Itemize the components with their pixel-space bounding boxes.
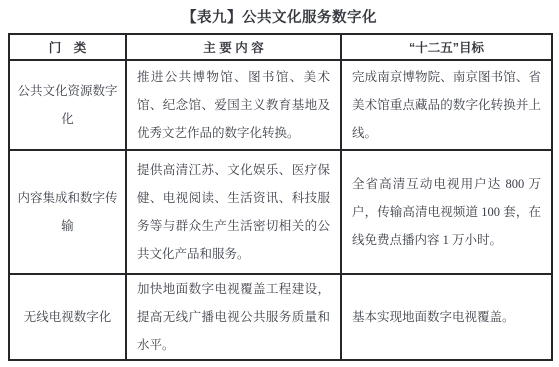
cell-content: 加快地面数字电视覆盖工程建设，提高无线广播电视公共服务质量和水平。 — [126, 274, 341, 360]
cell-target: 完成南京博物院、南京图书馆、省美术馆重点藏品的数字化转换并上线。 — [341, 60, 552, 150]
cell-category: 内容集成和数字传输 — [9, 150, 126, 274]
cell-target: 基本实现地面数字电视覆盖。 — [341, 274, 552, 360]
table-row: 公共文化资源数字化 推进公共博物馆、图书馆、美术馆、纪念馆、爱国主义教育基地及优… — [9, 60, 552, 150]
document-page: 【表九】公共文化服务数字化 门 类 主 要 内 容 “十二五”目标 公共文化资源… — [0, 0, 559, 367]
header-target: “十二五”目标 — [341, 34, 552, 60]
cell-category: 无线电视数字化 — [9, 274, 126, 360]
cell-target: 全省高清互动电视用户达 800 万户，传输高清电视频道 100 套，在线免费点播… — [341, 150, 552, 274]
cell-content: 推进公共博物馆、图书馆、美术馆、纪念馆、爱国主义教育基地及优秀文艺作品的数字化转… — [126, 60, 341, 150]
table-row: 内容集成和数字传输 提供高清江苏、文化娱乐、医疗保健、电视阅读、生活资讯、科技服… — [9, 150, 552, 274]
header-category: 门 类 — [9, 34, 126, 60]
services-table: 门 类 主 要 内 容 “十二五”目标 公共文化资源数字化 推进公共博物馆、图书… — [8, 33, 553, 361]
table-title: 【表九】公共文化服务数字化 — [0, 6, 559, 27]
table-row: 无线电视数字化 加快地面数字电视覆盖工程建设，提高无线广播电视公共服务质量和水平… — [9, 274, 552, 360]
header-row: 门 类 主 要 内 容 “十二五”目标 — [9, 34, 552, 60]
cell-category: 公共文化资源数字化 — [9, 60, 126, 150]
header-content: 主 要 内 容 — [126, 34, 341, 60]
cell-content: 提供高清江苏、文化娱乐、医疗保健、电视阅读、生活资讯、科技服务等与群众生产生活密… — [126, 150, 341, 274]
